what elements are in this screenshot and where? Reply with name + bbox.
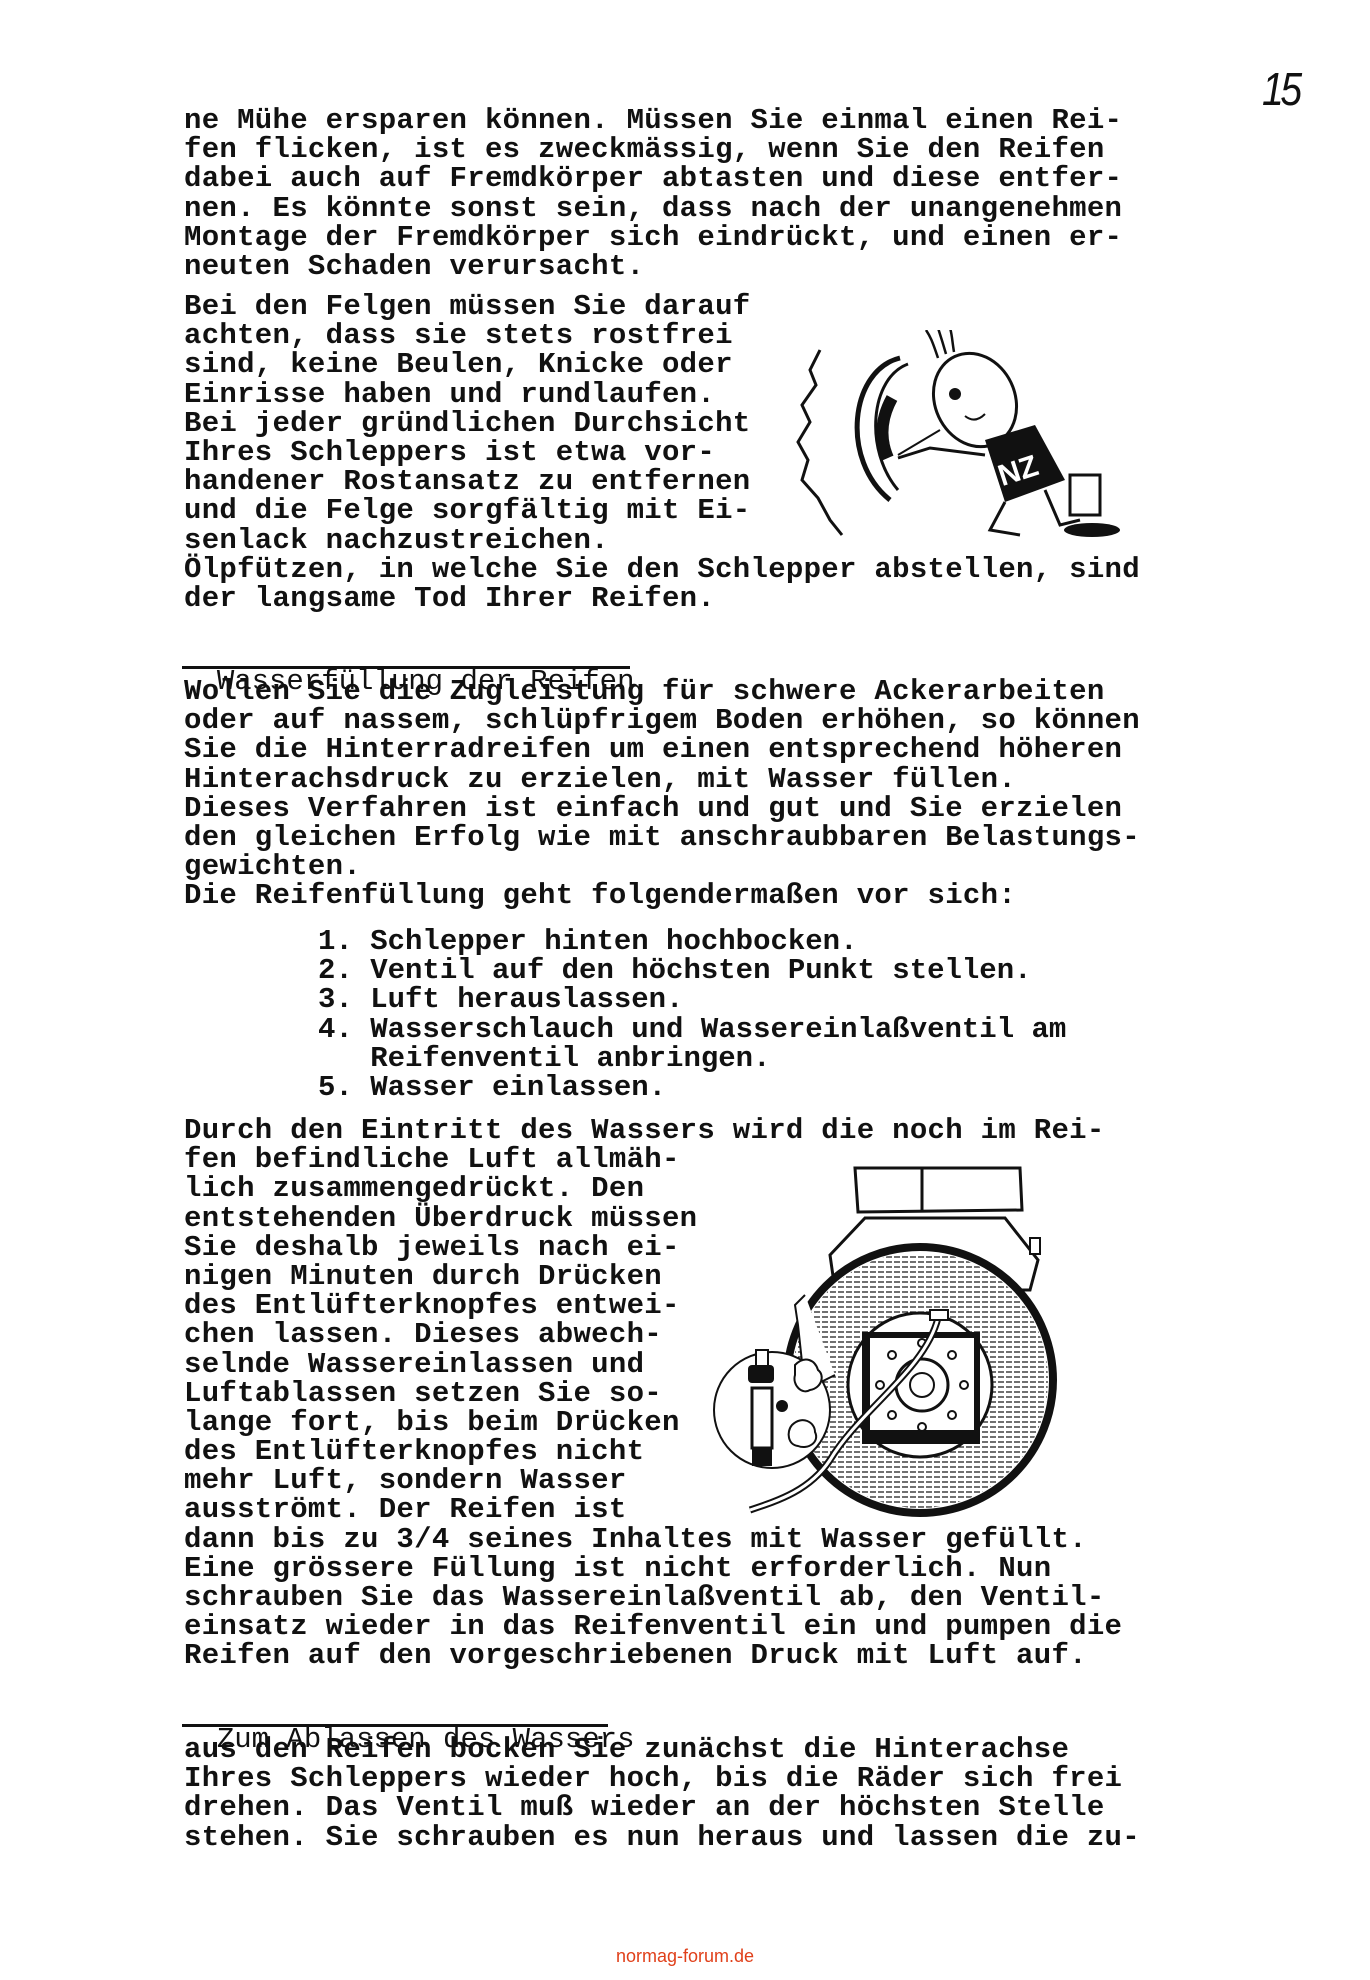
- heading-underline: [182, 1724, 608, 1727]
- list-item: 5. Wasser einlassen.: [318, 1073, 1066, 1102]
- steps-list: 1. Schlepper hinten hochbocken.2. Ventil…: [318, 927, 1066, 1102]
- mascot-painting-rim-illustration: NZ: [780, 330, 1140, 540]
- list-item: 3. Luft herauslassen.: [318, 985, 1066, 1014]
- paragraph-intro: ne Mühe ersparen können. Müssen Sie einm…: [184, 106, 1122, 281]
- text-line: drehen. Das Ventil muß wieder an der höc…: [184, 1793, 1140, 1822]
- page-number: 15: [1262, 62, 1299, 116]
- text-line: ne Mühe ersparen können. Müssen Sie einm…: [184, 106, 1122, 135]
- text-line: Ölpfützen, in welche Sie den Schlepper a…: [184, 555, 1140, 584]
- text-line: oder auf nassem, schlüpfrigem Boden erhö…: [184, 706, 1140, 735]
- text-line: aus den Reifen bocken Sie zunächst die H…: [184, 1735, 1140, 1764]
- text-line: schrauben Sie das Wassereinlaßventil ab,…: [184, 1583, 1122, 1612]
- text-line: dabei auch auf Fremdkörper abtasten und …: [184, 164, 1122, 193]
- heading-underline: [182, 666, 630, 669]
- text-line: Durch den Eintritt des Wassers wird die …: [184, 1116, 1122, 1145]
- text-line: Reifen auf den vorgeschriebenen Druck mi…: [184, 1641, 1122, 1670]
- text-line: Montage der Fremdkörper sich eindrückt, …: [184, 223, 1122, 252]
- text-line: Hinterachsdruck zu erzielen, mit Wasser …: [184, 765, 1140, 794]
- list-item: 2. Ventil auf den höchsten Punkt stellen…: [318, 956, 1066, 985]
- text-line: Sie die Hinterradreifen um einen entspre…: [184, 735, 1140, 764]
- text-line: der langsame Tod Ihrer Reifen.: [184, 584, 1140, 613]
- text-line: Eine grössere Füllung ist nicht erforder…: [184, 1554, 1122, 1583]
- text-line: fen flicken, ist es zweckmässig, wenn Si…: [184, 135, 1122, 164]
- list-item: 1. Schlepper hinten hochbocken.: [318, 927, 1066, 956]
- text-line: Dieses Verfahren ist einfach und gut und…: [184, 794, 1140, 823]
- text-line: einsatz wieder in das Reifenventil ein u…: [184, 1612, 1122, 1641]
- tire-water-fill-diagram: [710, 1160, 1110, 1530]
- text-line: gewichten.: [184, 852, 1140, 881]
- paragraph-water-fill: Wollen Sie die Zugleistung für schwere A…: [184, 677, 1140, 911]
- text-line: neuten Schaden verursacht.: [184, 252, 1122, 281]
- text-line: Die Reifenfüllung geht folgendermaßen vo…: [184, 881, 1140, 910]
- text-line: Wollen Sie die Zugleistung für schwere A…: [184, 677, 1140, 706]
- watermark: normag-forum.de: [0, 1946, 1370, 1967]
- list-item: Reifenventil anbringen.: [318, 1044, 1066, 1073]
- text-line: den gleichen Erfolg wie mit anschraubbar…: [184, 823, 1140, 852]
- paragraph-drain-water: aus den Reifen bocken Sie zunächst die H…: [184, 1735, 1140, 1852]
- list-item: 4. Wasserschlauch und Wassereinlaßventil…: [318, 1015, 1066, 1044]
- text-line: nen. Es könnte sonst sein, dass nach der…: [184, 194, 1122, 223]
- text-line: Bei den Felgen müssen Sie darauf: [184, 292, 1140, 321]
- text-line: stehen. Sie schrauben es nun heraus und …: [184, 1823, 1140, 1852]
- text-line: Ihres Schleppers wieder hoch, bis die Rä…: [184, 1764, 1140, 1793]
